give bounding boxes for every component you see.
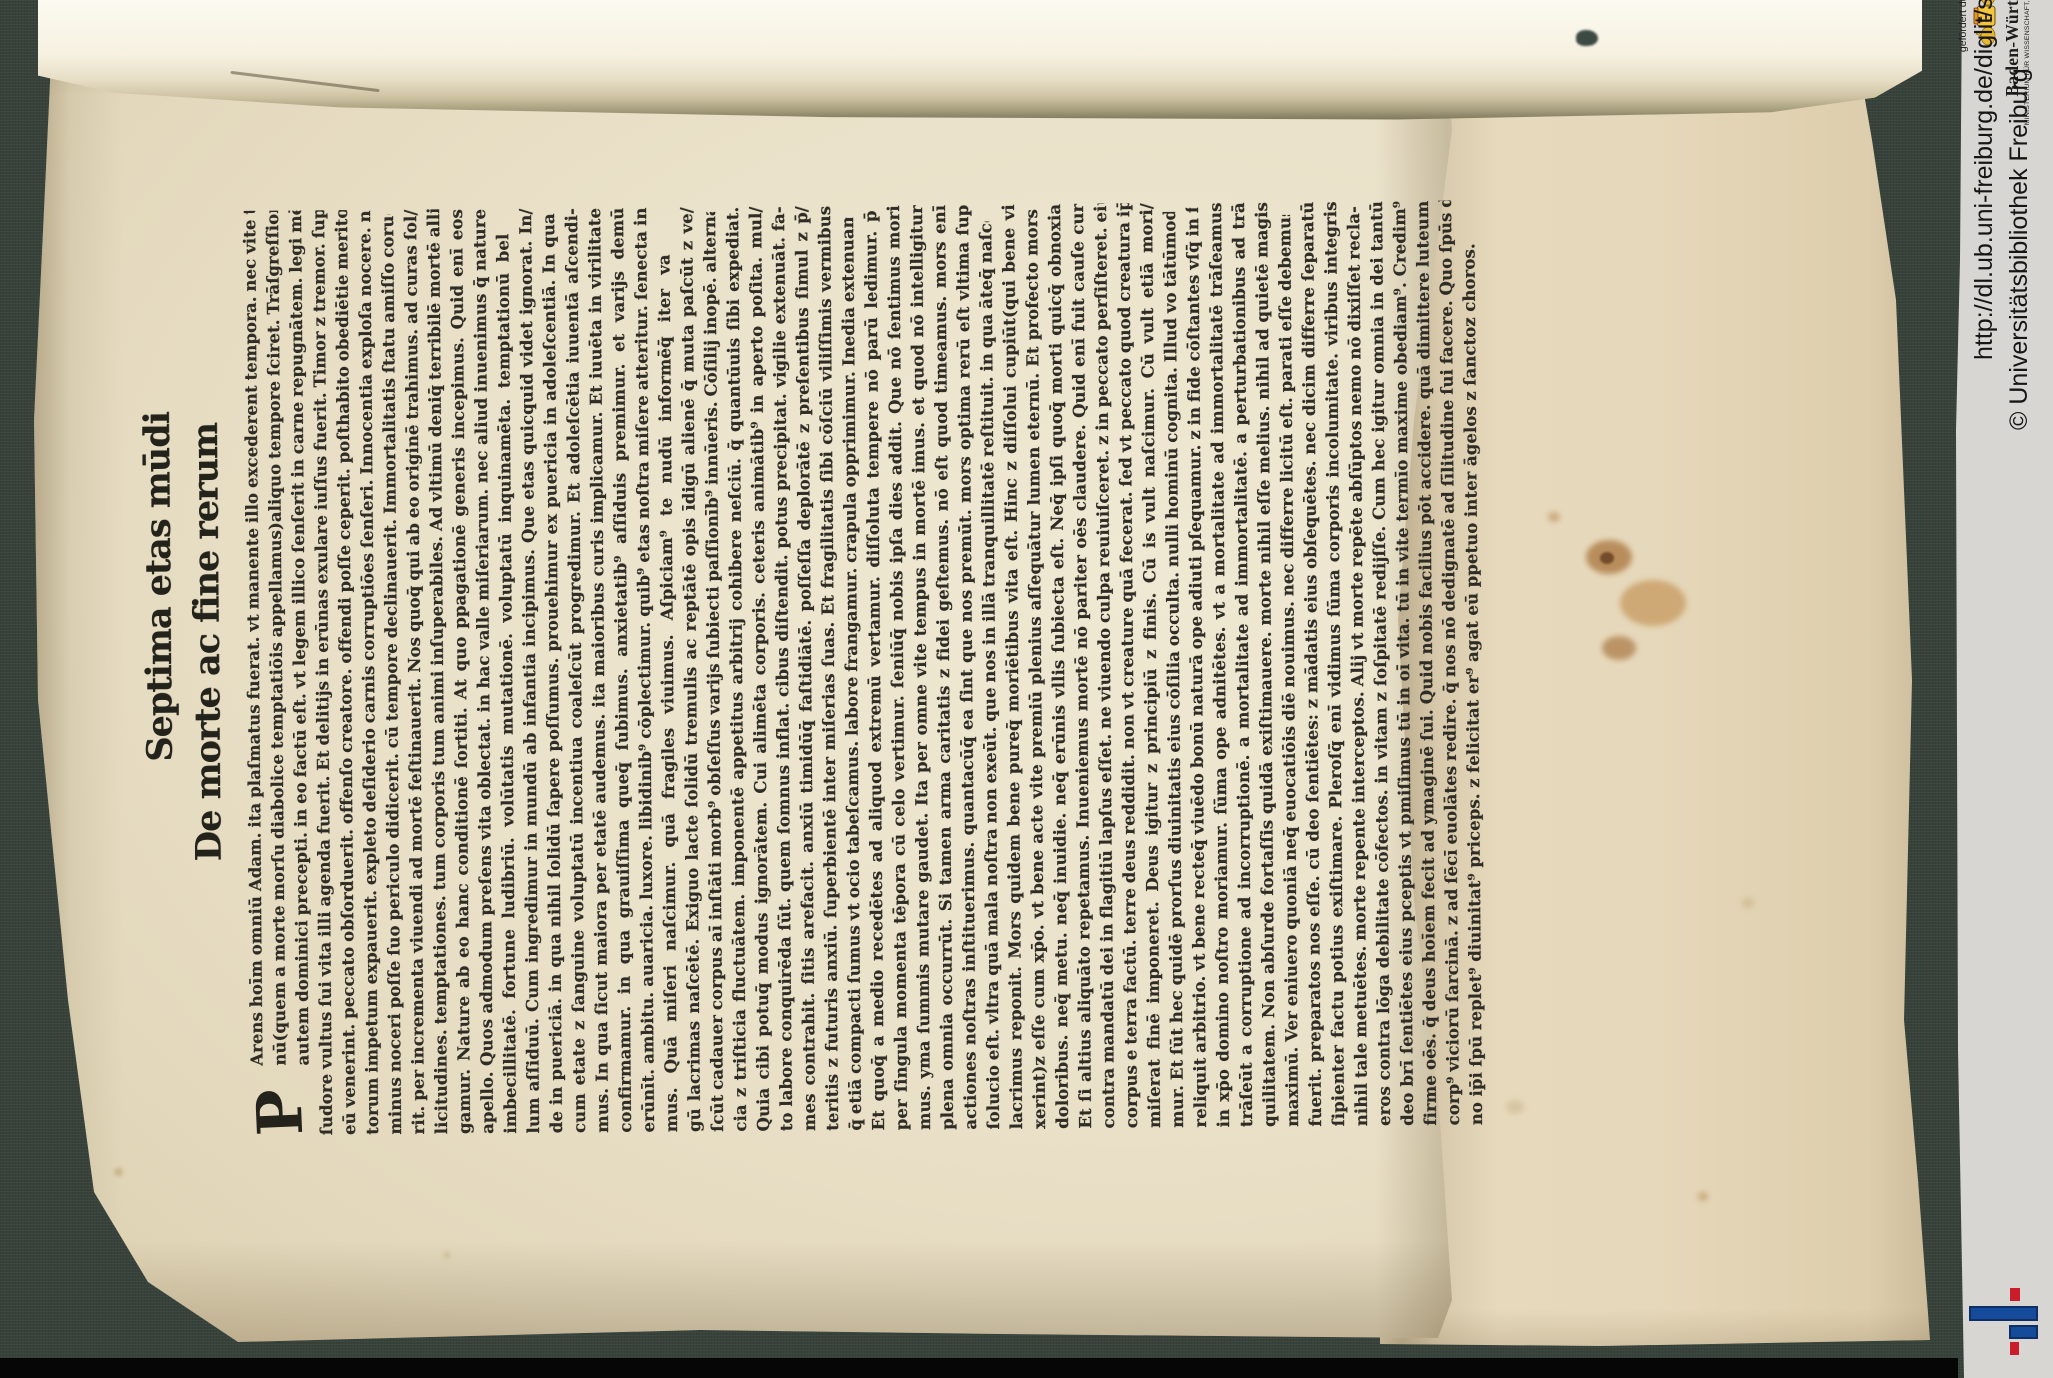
rotated-text-block: Septima etas mūdi De morte ac fine rerum… (136, 200, 1501, 1137)
drop-initial: P (246, 1068, 315, 1137)
stain-spot-3 (1698, 1192, 1708, 1201)
roll-dark-blot (1576, 30, 1598, 46)
section-heading: Septima etas mūdi (138, 442, 181, 762)
digitized-book-photo: Septima etas mūdi De morte ac fine rerum… (0, 0, 2053, 1378)
stain-spot-4 (1742, 898, 1754, 908)
document-url: http://dl.ub.uni-freiburg.de/diglit/sche… (1969, 0, 1999, 360)
text-block-content: Septima etas mūdi De morte ac fine rerum… (136, 200, 1501, 1137)
ub-freiburg-logo-red-square-bottom (2010, 1342, 2019, 1355)
stain-large-2 (1620, 580, 1686, 626)
copyright-line: © Universitätsbibliothek Freiburg (2004, 0, 2034, 430)
stain-dark-core (1600, 552, 1614, 564)
stain-3 (1602, 636, 1636, 660)
ub-freiburg-logo-red-square-top (2010, 1288, 2020, 1301)
ub-freiburg-logo-long-bar (1969, 1306, 2038, 1321)
ub-freiburg-logo-short-bar (2009, 1325, 2038, 1339)
page-spot (114, 1168, 123, 1176)
copyright-rotated: © Universitätsbibliothek Freiburg (2004, 400, 2034, 940)
chapter-heading: De morte ac fine rerum (186, 481, 229, 861)
bottom-black-bar (0, 1358, 1958, 1378)
body-text-lines: Arens hoīm omniū Adam. ita plaſmatus fue… (238, 200, 1488, 1136)
page-spot-3 (444, 1252, 450, 1258)
rolled-page-edge (38, 0, 1922, 122)
document-url-rotated: http://dl.ub.uni-freiburg.de/diglit/sche… (1969, 330, 1999, 1060)
stain-spot (1548, 512, 1560, 522)
stain-spot-2 (1506, 1100, 1524, 1114)
